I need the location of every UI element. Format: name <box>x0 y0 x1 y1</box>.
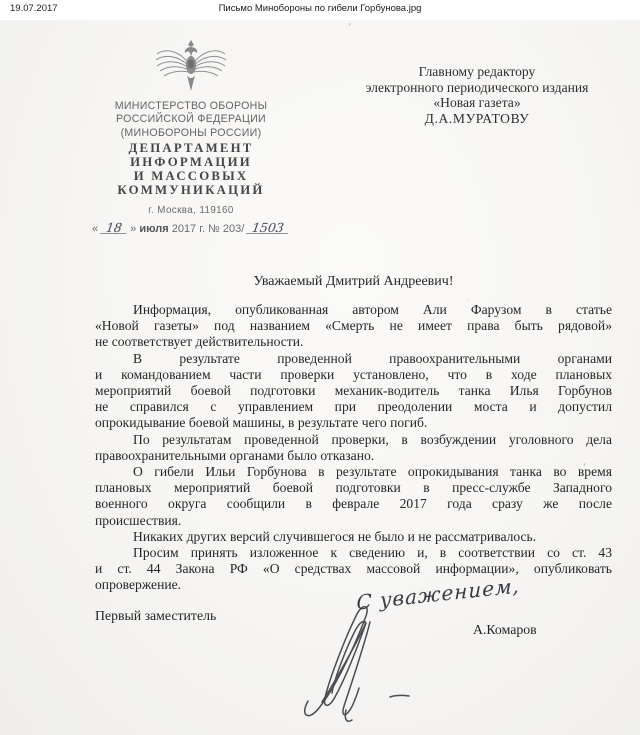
body-line: правоохранительными органами было отказа… <box>95 448 612 464</box>
body-line: плановых мероприятий боевой подготовки в… <box>95 480 612 496</box>
body-line: опровержение. <box>95 577 612 593</box>
department-line: КОММУНИКАЦИЙ <box>60 184 322 198</box>
scan-speck: ' <box>349 22 351 32</box>
scan-speck: . <box>466 292 468 302</box>
org-name-line: МИНИСТЕРСТВО ОБОРОНЫ <box>60 100 322 113</box>
recipient-block: Главному редактору электронного периодич… <box>330 64 624 126</box>
body-line: Просим принять изложенное к сведению и, … <box>95 545 612 561</box>
salutation: Уважаемый Дмитрий Андреевич! <box>95 274 612 290</box>
body-line: не соответствует действительности. <box>95 334 612 350</box>
scanned-letter-viewer: 19.07.2017 Письмо Минобороны по гибели Г… <box>0 0 640 735</box>
scan-speck: ' <box>584 462 586 472</box>
handwritten-signature-icon <box>298 598 443 733</box>
department-name: ДЕПАРТАМЕНТ ИНФОРМАЦИИ И МАССОВЫХ КОММУН… <box>60 142 322 197</box>
body-line: По результатам проведенной проверки, в в… <box>95 432 612 448</box>
body-line: опрокидывание боевой машины, в результат… <box>95 415 612 431</box>
print-header: 19.07.2017 Письмо Минобороны по гибели Г… <box>0 0 640 20</box>
body-line: происшествия. <box>95 513 612 529</box>
signer-title: Первый заместитель <box>95 608 216 624</box>
recipient-line: Главному редактору <box>330 64 624 80</box>
body-line: О гибели Ильи Горбунова в результате опр… <box>95 464 612 480</box>
signer-name: А.Комаров <box>473 622 537 638</box>
body-line: Никаких других версий случившегося не бы… <box>95 529 612 545</box>
org-name-line: (МИНОБОРОНЫ РОССИИ) <box>60 127 322 140</box>
body-line: «Новой газеты» под названием «Смерть не … <box>95 318 612 334</box>
outgoing-date-number-line: « 18 » июля 2017 г. № 203/ 1503 <box>92 222 352 235</box>
scanned-page: МИНИСТЕРСТВО ОБОРОНЫ РОССИЙСКОЙ ФЕДЕРАЦИ… <box>0 20 640 735</box>
recipient-name: Д.А.МУРАТОВУ <box>330 111 624 127</box>
letter-body: Информация, опубликованная автором Али Ф… <box>95 302 612 594</box>
quote-close: » <box>130 223 136 235</box>
letterhead: МИНИСТЕРСТВО ОБОРОНЫ РОССИЙСКОЙ ФЕДЕРАЦИ… <box>60 38 322 216</box>
department-line: ДЕПАРТАМЕНТ <box>60 142 322 156</box>
body-line: В результате проведенной правоохранитель… <box>95 351 612 367</box>
body-line: и ст. 44 Закона РФ «О средствах массовой… <box>95 561 612 577</box>
recipient-line: электронного периодического издания <box>330 80 624 96</box>
body-line: военного округа сообщили в феврале 2017 … <box>95 496 612 512</box>
org-name-line: РОССИЙСКОЙ ФЕДЕРАЦИИ <box>60 113 322 126</box>
filename-title: Письмо Минобороны по гибели Горбунова.jp… <box>0 3 640 14</box>
letterhead-address: г. Москва, 119160 <box>60 205 322 216</box>
date-rest: 2017 г. № 203/ <box>172 223 245 235</box>
ministry-eagle-emblem-icon <box>153 38 229 96</box>
month-label: июля <box>139 223 168 235</box>
body-line: мероприятий боевой подготовки механик-во… <box>95 383 612 399</box>
quote-open: « <box>92 223 98 235</box>
body-line: и командованием части проверки установле… <box>95 367 612 383</box>
body-line: не справился с управлением при преодолен… <box>95 399 612 415</box>
body-line: Информация, опубликованная автором Али Ф… <box>95 302 612 318</box>
recipient-line: «Новая газета» <box>330 95 624 111</box>
department-line: И МАССОВЫХ <box>60 170 322 184</box>
handwritten-outgoing-number: 1503 <box>247 222 290 234</box>
handwritten-day: 18 <box>100 222 128 234</box>
department-line: ИНФОРМАЦИИ <box>60 156 322 170</box>
